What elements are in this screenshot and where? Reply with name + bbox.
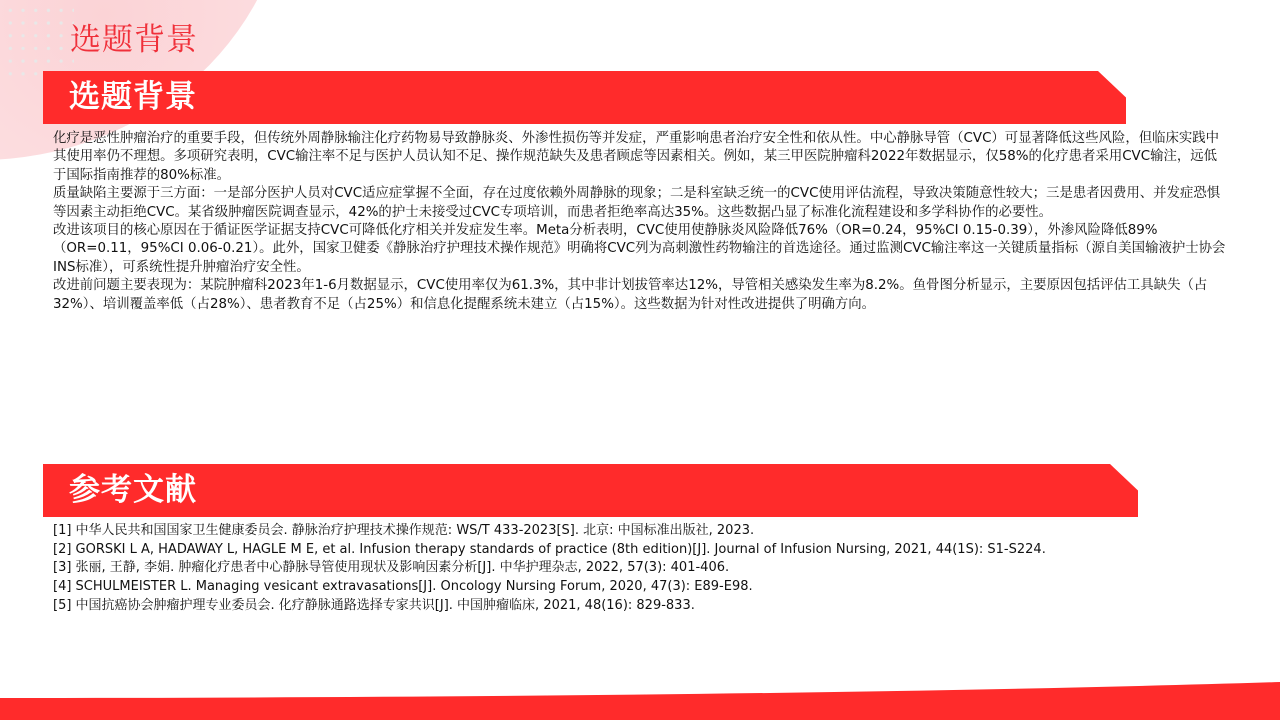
decorative-footer-wave bbox=[0, 680, 1280, 720]
section-title-background: 选题背景 bbox=[69, 76, 197, 118]
section-title-references: 参考文献 bbox=[69, 469, 197, 511]
reference-item: [5] 中国抗癌协会肿瘤护理专业委员会. 化疗静脉通路选择专家共识[J]. 中国… bbox=[53, 597, 1228, 616]
paragraph: 质量缺陷主要源于三方面：一是部分医护人员对CVC适应症掌握不全面，存在过度依赖外… bbox=[53, 185, 1228, 222]
reference-item: [2] GORSKI L A, HADAWAY L, HAGLE M E, et… bbox=[53, 541, 1228, 560]
reference-item: [4] SCHULMEISTER L. Managing vesicant ex… bbox=[53, 578, 1228, 597]
section-header-references: 参考文献 bbox=[43, 464, 1138, 517]
paragraph: 化疗是恶性肿瘤治疗的重要手段，但传统外周静脉输注化疗药物易导致静脉炎、外渗性损伤… bbox=[53, 130, 1228, 185]
paragraph: 改进前问题主要表现为：某院肿瘤科2023年1-6月数据显示，CVC使用率仅为61… bbox=[53, 277, 1228, 314]
section-header-background: 选题背景 bbox=[43, 71, 1126, 124]
reference-item: [1] 中华人民共和国国家卫生健康委员会. 静脉治疗护理技术操作规范: WS/T… bbox=[53, 522, 1228, 541]
paragraph: 改进该项目的核心原因在于循证医学证据支持CVC可降低化疗相关并发症发生率。Met… bbox=[53, 222, 1228, 277]
reference-item: [3] 张丽, 王静, 李娟. 肿瘤化疗患者中心静脉导管使用现状及影响因素分析[… bbox=[53, 559, 1228, 578]
page-title: 选题背景 bbox=[70, 20, 198, 60]
background-body-text: 化疗是恶性肿瘤治疗的重要手段，但传统外周静脉输注化疗药物易导致静脉炎、外渗性损伤… bbox=[53, 130, 1228, 314]
reference-list: [1] 中华人民共和国国家卫生健康委员会. 静脉治疗护理技术操作规范: WS/T… bbox=[53, 522, 1228, 616]
